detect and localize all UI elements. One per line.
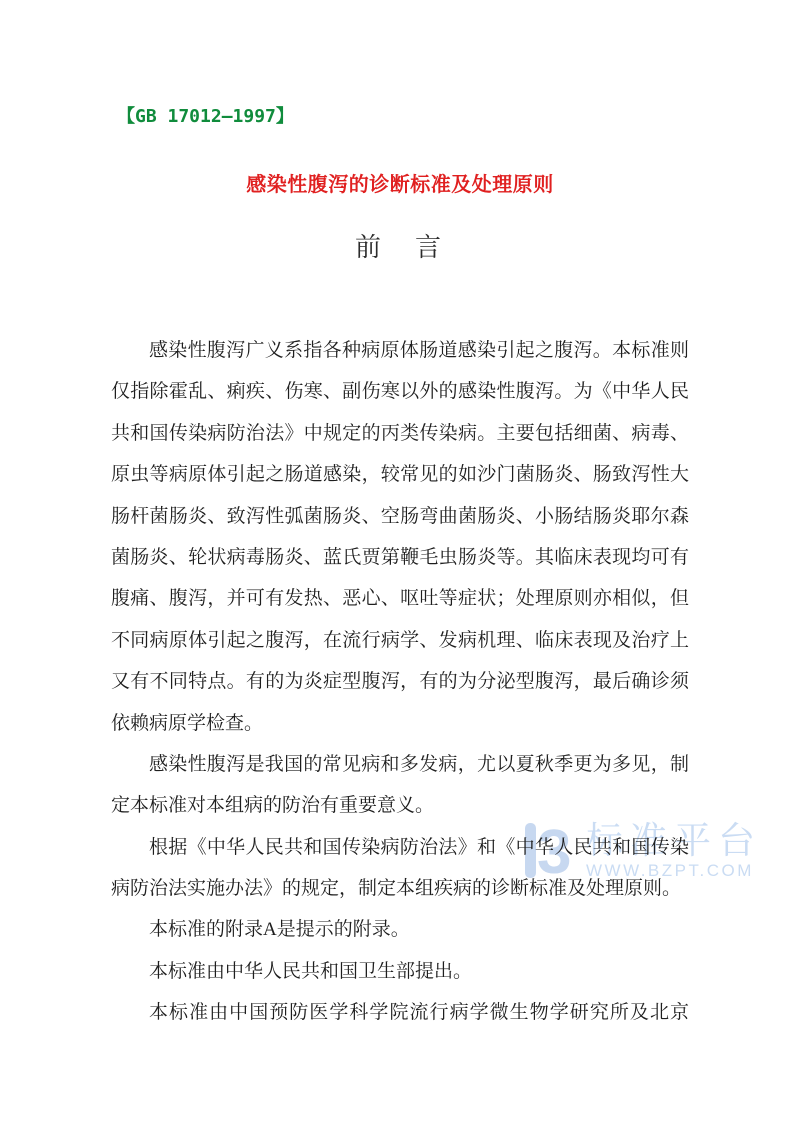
body-line: 根据《中华人民共和国传染病防治法》和《中华人民共和国传染 (111, 827, 689, 868)
body-line: 共和国传染病防治法》中规定的丙类传染病。主要包括细菌、病毒、 (111, 413, 689, 454)
body-line: 肠杆菌肠炎、致泻性弧菌肠炎、空肠弯曲菌肠炎、小肠结肠炎耶尔森 (111, 496, 689, 537)
body-line: 菌肠炎、轮状病毒肠炎、蓝氏贾第鞭毛虫肠炎等。其临床表现均可有 (111, 537, 689, 578)
body-line: 原虫等病原体引起之肠道感染，较常见的如沙门菌肠炎、肠致泻性大 (111, 454, 689, 495)
body-line: 本标准的附录A是提示的附录。 (111, 909, 689, 950)
body-line: 定本标准对本组病的防治有重要意义。 (111, 785, 689, 826)
body-line: 病防治法实施办法》的规定，制定本组疾病的诊断标准及处理原则。 (111, 868, 689, 909)
document-title: 感染性腹泻的诊断标准及处理原则 (0, 168, 800, 197)
body-line: 仅指除霍乱、痢疾、伤寒、副伤寒以外的感染性腹泻。为《中华人民 (111, 371, 689, 412)
standard-code: 【GB 17012—1997】 (117, 102, 294, 128)
document-page: 【GB 17012—1997】 感染性腹泻的诊断标准及处理原则 前 言 3 标准… (0, 0, 800, 1131)
body-line: 本标准由中华人民共和国卫生部提出。 (111, 951, 689, 992)
body-line: 又有不同特点。有的为炎症型腹泻，有的为分泌型腹泻，最后确诊须 (111, 661, 689, 702)
body-line: 感染性腹泻是我国的常见病和多发病，尤以夏秋季更为多见，制 (111, 744, 689, 785)
body-line: 不同病原体引起之腹泻，在流行病学、发病机理、临床表现及治疗上 (111, 620, 689, 661)
body-line: 感染性腹泻广义系指各种病原体肠道感染引起之腹泻。本标准则 (111, 330, 689, 371)
body-line: 腹痛、腹泻，并可有发热、恶心、呕吐等症状；处理原则亦相似，但 (111, 578, 689, 619)
body-line: 本标准由中国预防医学科学院流行病学微生物学研究所及北京 (111, 992, 689, 1033)
body-line: 依赖病原学检查。 (111, 703, 689, 744)
foreword-heading: 前 言 (0, 227, 800, 264)
body-lines: 感染性腹泻广义系指各种病原体肠道感染引起之腹泻。本标准则仅指除霍乱、痢疾、伤寒、… (111, 330, 689, 1034)
